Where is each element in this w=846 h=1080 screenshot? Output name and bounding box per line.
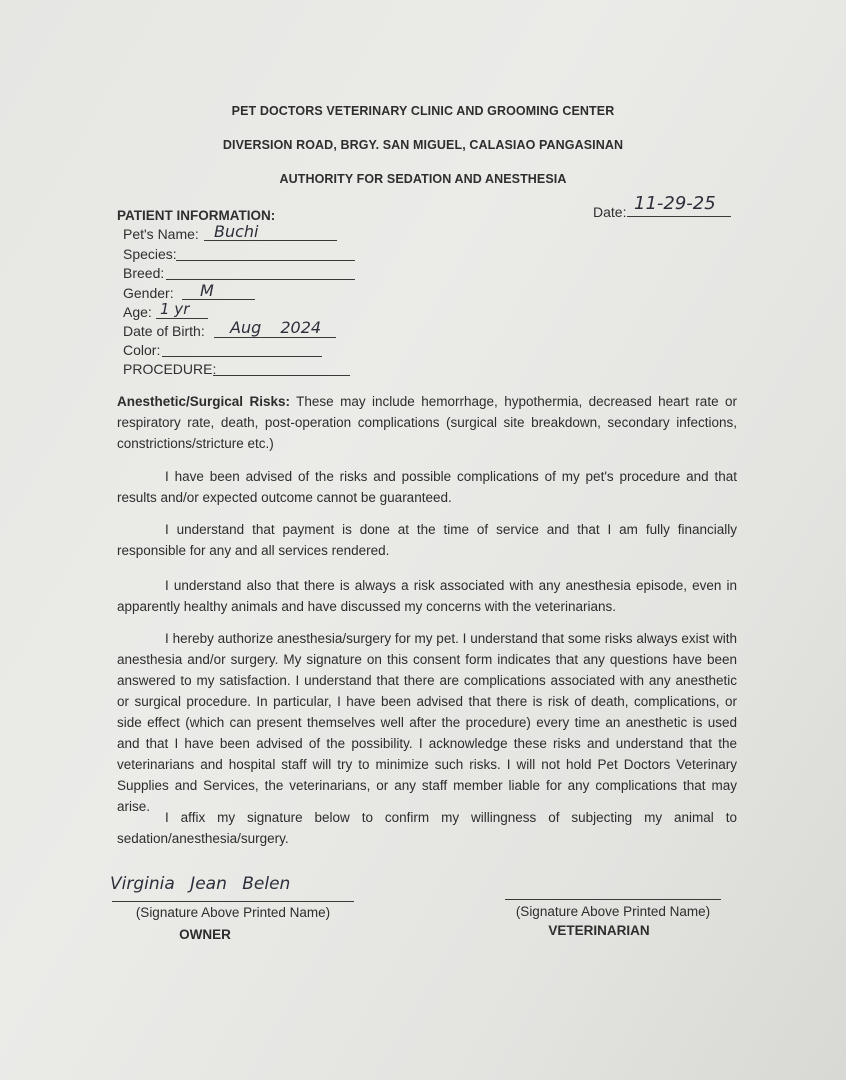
pet-name-label: Pet's Name: bbox=[123, 226, 199, 242]
date-label: Date: bbox=[593, 204, 626, 220]
form-title: AUTHORITY FOR SEDATION AND ANESTHESIA bbox=[0, 172, 846, 186]
vet-signature-line[interactable] bbox=[505, 899, 721, 900]
date-value: 11-29-25 bbox=[634, 193, 716, 214]
gender-value: M bbox=[200, 281, 214, 300]
clinic-address: DIVERSION ROAD, BRGY. SAN MIGUEL, CALASI… bbox=[0, 138, 846, 152]
paragraph-risk: I understand also that there is always a… bbox=[117, 575, 737, 617]
paragraph-advised: I have been advised of the risks and pos… bbox=[117, 466, 737, 508]
vet-signature-caption: (Signature Above Printed Name) bbox=[500, 904, 726, 919]
pet-name-value: Buchi bbox=[214, 222, 259, 241]
consent-form-page: PET DOCTORS VETERINARY CLINIC AND GROOMI… bbox=[0, 0, 846, 1080]
dob-line[interactable] bbox=[214, 337, 336, 338]
procedure-label: PROCEDURE: bbox=[123, 361, 216, 377]
breed-label: Breed: bbox=[123, 265, 164, 281]
procedure-line[interactable] bbox=[213, 375, 350, 376]
clinic-name: PET DOCTORS VETERINARY CLINIC AND GROOMI… bbox=[0, 104, 846, 118]
paragraph-payment: I understand that payment is done at the… bbox=[117, 519, 737, 561]
gender-label: Gender: bbox=[123, 285, 174, 301]
age-line[interactable] bbox=[156, 318, 208, 319]
dob-value: Aug 2024 bbox=[230, 318, 321, 337]
species-line[interactable] bbox=[176, 260, 355, 261]
risks-label: Anesthetic/Surgical Risks: bbox=[117, 394, 290, 409]
gender-line[interactable] bbox=[182, 299, 255, 300]
owner-role: OWNER bbox=[112, 927, 298, 942]
vet-role: VETERINARIAN bbox=[500, 923, 698, 938]
breed-line[interactable] bbox=[166, 279, 355, 280]
risks-paragraph: Anesthetic/Surgical Risks: These may inc… bbox=[117, 391, 737, 454]
color-label: Color: bbox=[123, 342, 160, 358]
color-line[interactable] bbox=[162, 356, 322, 357]
owner-signature: Virginia Jean Belen bbox=[110, 874, 290, 894]
species-label: Species: bbox=[123, 246, 177, 262]
paragraph-authorize: I hereby authorize anesthesia/surgery fo… bbox=[117, 628, 737, 817]
patient-info-title: PATIENT INFORMATION: bbox=[117, 208, 275, 223]
age-label: Age: bbox=[123, 304, 152, 320]
paragraph-affix: I affix my signature below to confirm my… bbox=[117, 807, 737, 849]
age-value: 1 yr bbox=[160, 300, 189, 318]
owner-signature-caption: (Signature Above Printed Name) bbox=[112, 905, 354, 920]
date-line[interactable] bbox=[627, 216, 731, 217]
owner-signature-line[interactable] bbox=[112, 901, 354, 902]
dob-label: Date of Birth: bbox=[123, 323, 205, 339]
